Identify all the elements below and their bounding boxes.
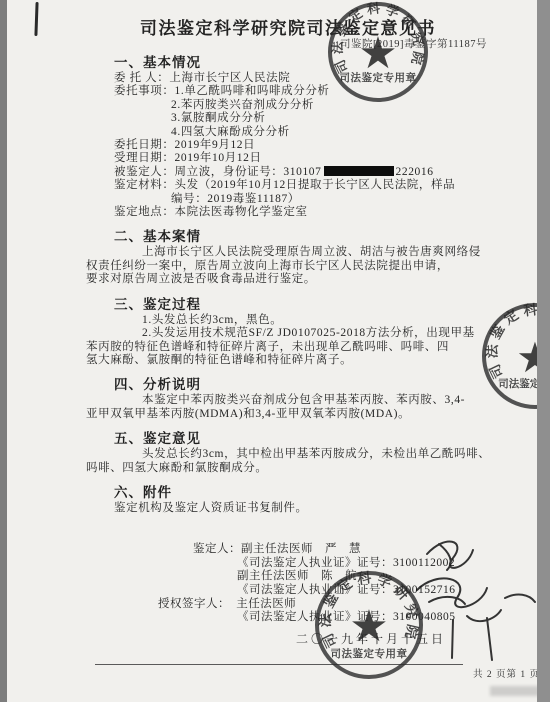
section-heading: 一、基本情况 bbox=[114, 55, 486, 72]
section-heading: 六、附件 bbox=[114, 485, 486, 502]
section-heading: 三、鉴定过程 bbox=[114, 297, 486, 314]
body-line: 被鉴定人：周立波，身份证号：310107222016 bbox=[114, 166, 486, 179]
body-line: 编号：2019毒鉴11187） bbox=[171, 193, 486, 206]
official-seal-top-icon: 司法鉴定科学研究院 ★ 司法鉴定专用章 bbox=[328, 2, 428, 102]
body-line: 苯丙胺的特征色谱峰和特征碎片离子，未出现单乙酰吗啡、吗啡、四 bbox=[86, 341, 486, 354]
body-text: 222016 bbox=[396, 166, 434, 178]
seal-bottom-label: 司法鉴定专用章 bbox=[332, 70, 424, 85]
body-line: 鉴定材料：头发（2019年10月12日提取于长宁区人民法院，样品 bbox=[114, 179, 486, 192]
scan-edge-left bbox=[0, 0, 7, 702]
scan-smudge bbox=[490, 686, 542, 696]
body-line: 2.头发运用技术规范SF/Z JD0107025-2018方法分析，出现甲基 bbox=[142, 327, 486, 340]
scanned-document-page: { "page": { "title": "司法鉴定科学研究院司法鉴定意见书",… bbox=[0, 0, 550, 702]
document-body: 一、基本情况委 托 人：上海市长宁区人民法院委托事项：1.单乙酰吗啡和吗啡成分分… bbox=[86, 55, 486, 515]
body-text: 被鉴定人：周立波，身份证号：310107 bbox=[114, 166, 322, 178]
body-line: 头发总长约3cm，其中检出甲基苯丙胺成分，未检出单乙酰吗啡、 bbox=[142, 448, 486, 461]
signature-strokes-icon bbox=[395, 532, 550, 667]
body-line: 4.四氢大麻酚成分分析 bbox=[171, 126, 486, 139]
body-line: 受理日期：2019年10月12日 bbox=[114, 152, 486, 165]
body-line: 鉴定地点：本院法医毒物化学鉴定室 bbox=[114, 206, 486, 219]
body-line: 氢大麻酚、氯胺酮的特征色谱峰和特征碎片离子。 bbox=[86, 354, 486, 367]
body-line: 亚甲双氧甲基苯丙胺(MDMA)和3,4-亚甲双氧苯丙胺(MDA)。 bbox=[86, 408, 486, 421]
body-line: 3.氯胺酮成分分析 bbox=[171, 112, 486, 125]
body-line: 权责任纠纷一案中，原告周立波向上海市长宁区人民法院提出申请， bbox=[86, 260, 486, 273]
handwritten-signatures bbox=[395, 532, 550, 672]
redaction-bar bbox=[324, 166, 394, 176]
section-heading: 五、鉴定意见 bbox=[114, 431, 486, 448]
section-heading: 四、分析说明 bbox=[114, 377, 486, 394]
body-line: 本鉴定中苯丙胺类兴奋剂成分包含甲基苯丙胺、苯丙胺、3,4- bbox=[142, 394, 486, 407]
body-line: 委托日期：2019年9月12日 bbox=[114, 139, 486, 152]
body-line: 吗啡、四氢大麻酚和氯胺酮成分。 bbox=[86, 462, 486, 475]
pen-mark bbox=[34, 2, 38, 36]
body-line: 鉴定机构及鉴定人资质证书复制件。 bbox=[114, 502, 486, 515]
body-line: 委 托 人：上海市长宁区人民法院 bbox=[114, 72, 486, 85]
body-line: 上海市长宁区人民法院受理原告周立波、胡洁与被告唐爽网络侵 bbox=[142, 246, 486, 259]
body-line: 1.头发总长约3cm，黑色。 bbox=[142, 314, 486, 327]
body-line: 要求对原告周立波是否吸食毒品进行鉴定。 bbox=[86, 273, 486, 286]
section-heading: 二、基本案情 bbox=[114, 229, 486, 246]
body-line: 委托事项：1.单乙酰吗啡和吗啡成分分析 bbox=[114, 85, 486, 98]
